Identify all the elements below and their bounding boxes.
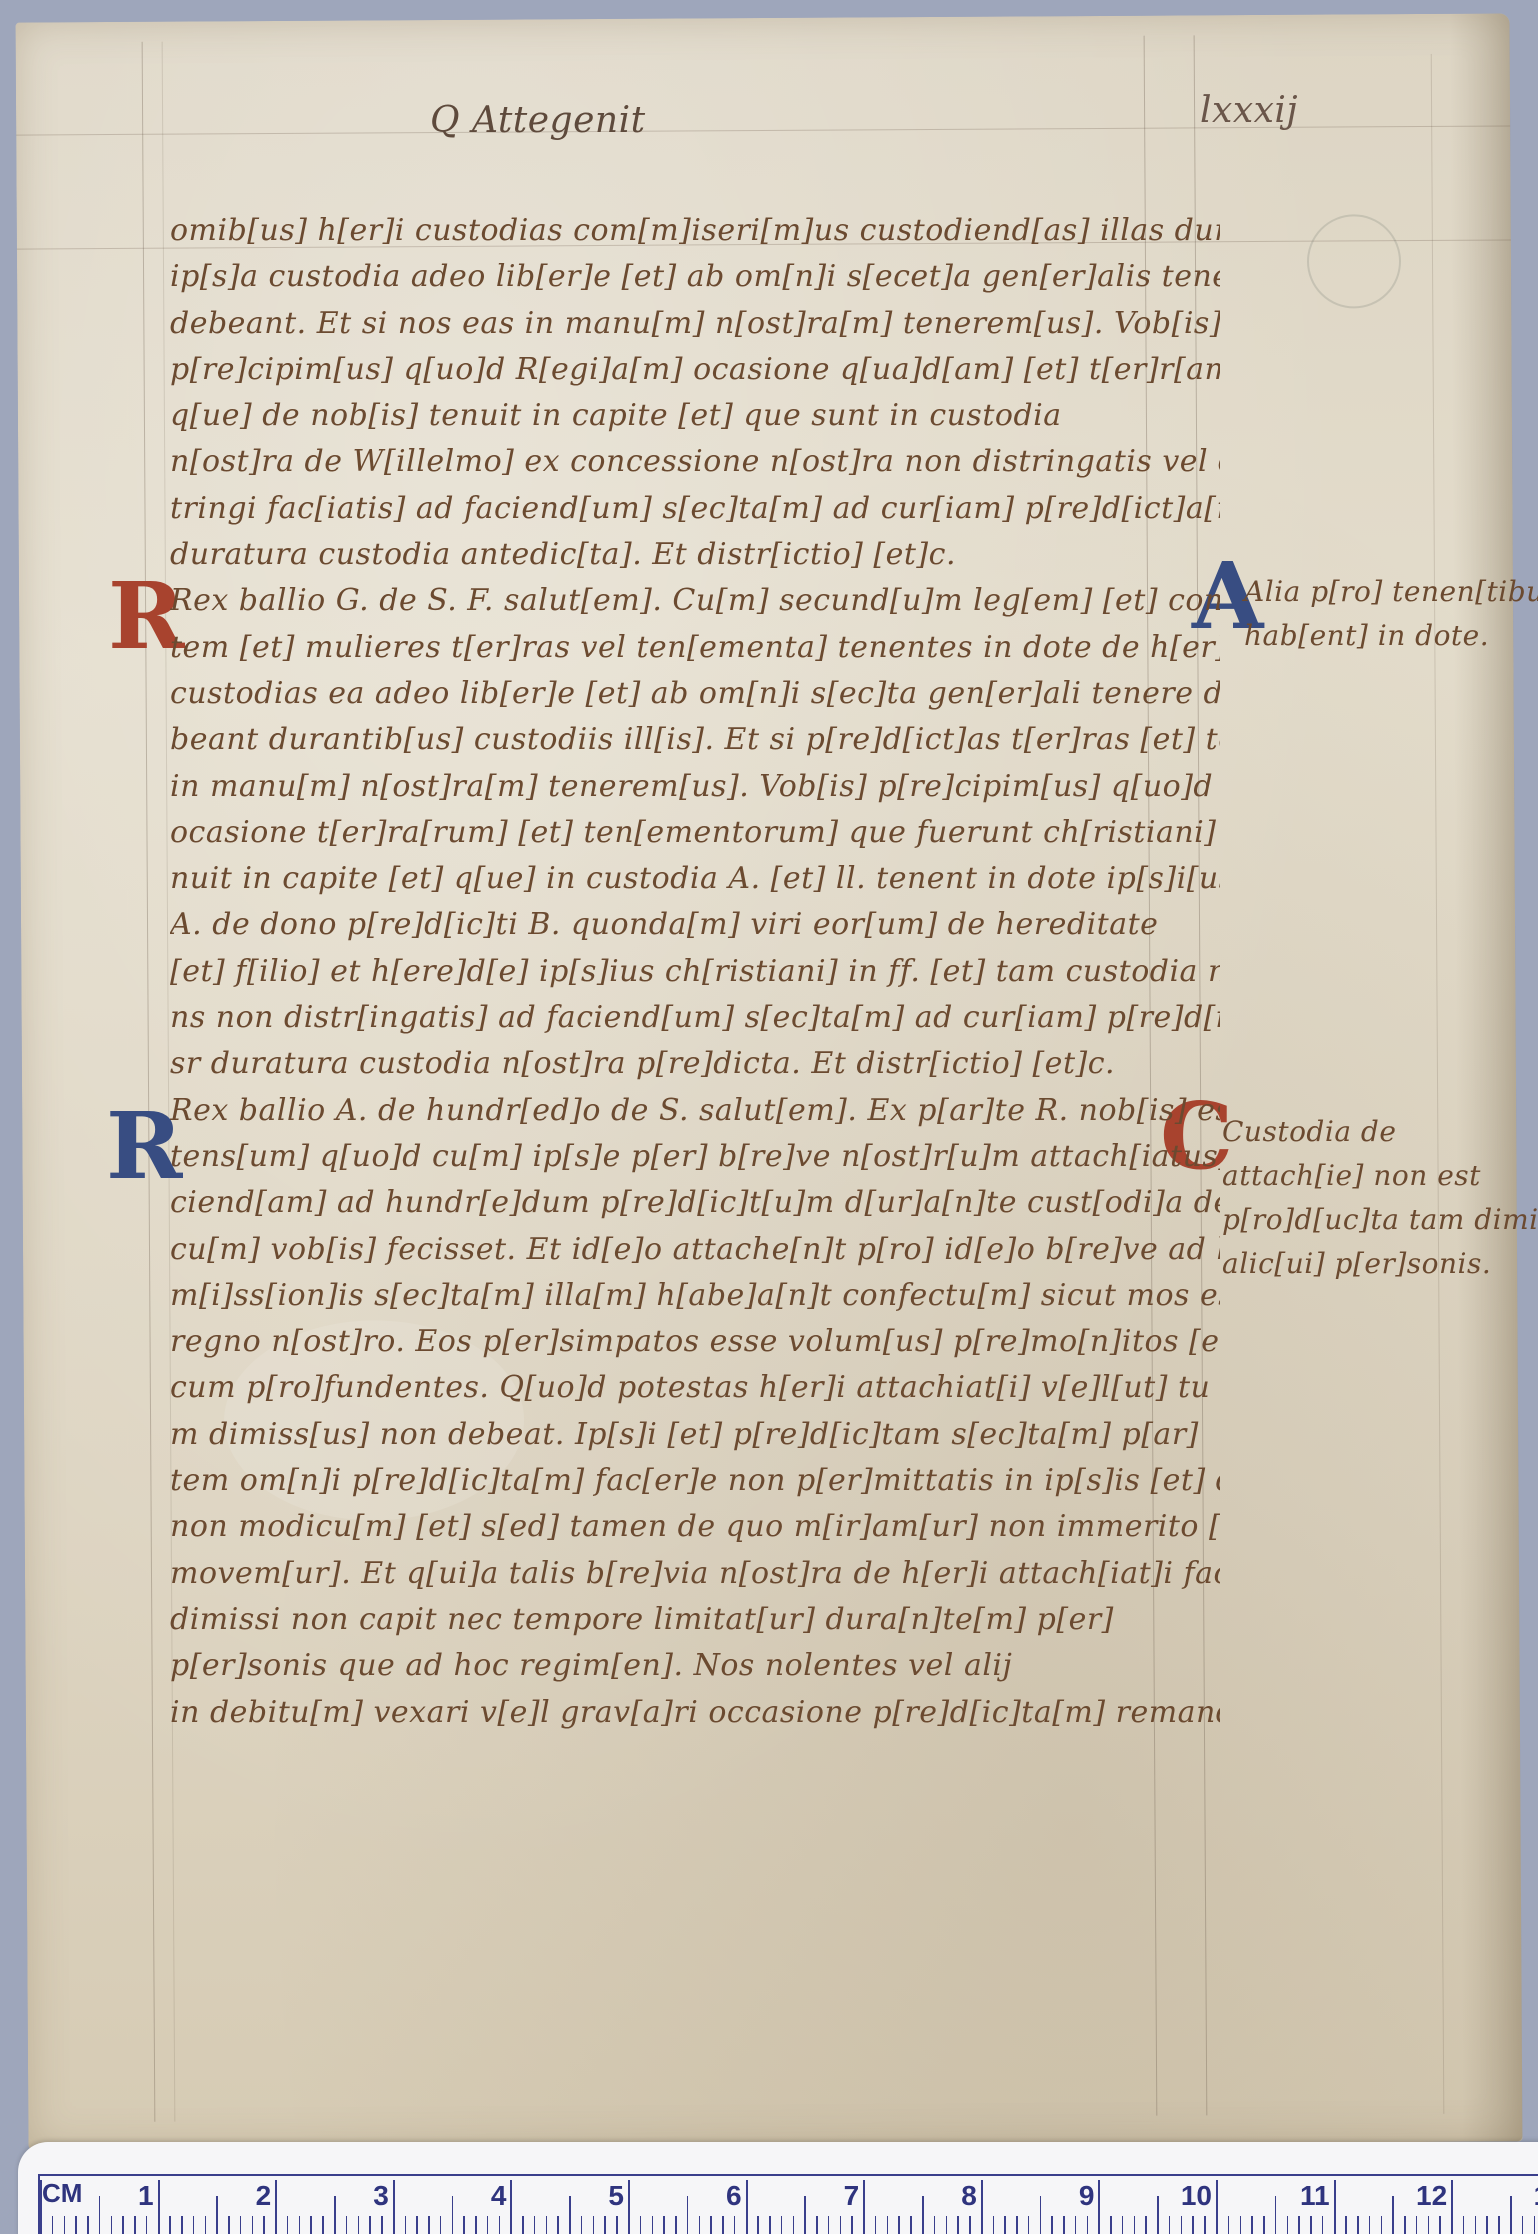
ruler-tick <box>1416 2216 1418 2234</box>
ruler-tick <box>487 2216 489 2234</box>
ruler-tick <box>181 2216 183 2234</box>
ruler-tick <box>358 2216 360 2234</box>
ruling-line-left-outer <box>142 42 156 2122</box>
ruler-tick <box>1040 2196 1042 2234</box>
ruler-tick <box>616 2216 618 2234</box>
ruler-tick <box>863 2180 865 2234</box>
text-line: in manu[m] n[ost]ra[m] tenerem[us]. Vob[… <box>170 764 1220 810</box>
ruler-tick <box>1404 2216 1406 2234</box>
paragraph-1: omib[us] h[er]i custodias com[m]iseri[m]… <box>170 208 1220 578</box>
ruler-tick <box>1228 2216 1230 2234</box>
ruler-tick <box>875 2216 877 2234</box>
ruler-number: 1 <box>138 2180 154 2212</box>
text-line: tringi fac[iatis] ad faciend[um] s[ec]ta… <box>170 486 1220 532</box>
ruler-tick <box>1322 2216 1324 2234</box>
marginal-note-line: Alia p[ro] tenen[tibus] <box>1244 570 1538 614</box>
ruler-tick <box>946 2216 948 2234</box>
paragraph-2: Rex ballio G. de S. F. salut[em]. Cu[m] … <box>170 578 1220 1087</box>
ruler-tick <box>1392 2196 1394 2234</box>
folio-number: lxxxij <box>1200 90 1298 131</box>
ruler-tick <box>1169 2216 1171 2234</box>
ruler-tick <box>169 2216 171 2234</box>
ruler-tick <box>369 2216 371 2234</box>
marginal-note-1: Alia p[ro] tenen[tibus] hab[ent] in dote… <box>1244 570 1538 658</box>
ruling-line-margin <box>1431 54 1445 2114</box>
text-line: regno n[ost]ro. Eos p[er]simpatos esse v… <box>170 1319 1220 1365</box>
ruler-tick <box>1334 2180 1336 2234</box>
ruler-tick <box>1192 2216 1194 2234</box>
ruler-tick <box>99 2196 101 2234</box>
ruler-tick <box>851 2216 853 2234</box>
ruler-tick <box>1122 2216 1124 2234</box>
ruler-tick <box>781 2216 783 2234</box>
ruler-tick <box>75 2216 77 2234</box>
ruler-tick <box>699 2216 701 2234</box>
main-text-block: omib[us] h[er]i custodias com[m]iseri[m]… <box>170 208 1220 1736</box>
ruler-tick <box>604 2216 606 2234</box>
ruler-tick <box>910 2216 912 2234</box>
ruler-tick <box>428 2216 430 2234</box>
ruler-tick <box>840 2216 842 2234</box>
ruler-tick <box>322 2216 324 2234</box>
ruler-number: 11 <box>1300 2180 1330 2212</box>
ruler-tick <box>1510 2196 1512 2234</box>
ruler-tick <box>1463 2216 1465 2234</box>
ruler-tick <box>1063 2216 1065 2234</box>
ruler-tick <box>1475 2216 1477 2234</box>
ruler-tick <box>299 2216 301 2234</box>
text-line: A. de dono p[re]d[ic]ti B. quonda[m] vir… <box>170 902 1220 948</box>
ruler-tick <box>663 2216 665 2234</box>
text-line: ciend[am] ad hundr[e]dum p[re]d[ic]t[u]m… <box>170 1180 1220 1226</box>
ruler-tick <box>969 2216 971 2234</box>
ruler-tick <box>193 2216 195 2234</box>
ruler-tick <box>675 2216 677 2234</box>
ruler-tick <box>628 2180 630 2234</box>
ruler-tick <box>252 2216 254 2234</box>
ruler-tick <box>993 2216 995 2234</box>
ruler-tick <box>804 2196 806 2234</box>
ruler-tick <box>111 2216 113 2234</box>
ruler-tick <box>1134 2216 1136 2234</box>
ruler-tick <box>310 2216 312 2234</box>
ruler-tick <box>146 2216 148 2234</box>
ruler-tick <box>1098 2180 1100 2234</box>
ruler-tick <box>1028 2216 1030 2234</box>
marginal-note-line: alic[ui] p[er]sonis. <box>1222 1242 1538 1286</box>
ruler-tick <box>1451 2180 1453 2234</box>
ruler-tick <box>1004 2216 1006 2234</box>
ruler-tick <box>828 2216 830 2234</box>
ruler-number: 4 <box>491 2180 507 2212</box>
ruler-tick <box>1075 2216 1077 2234</box>
ruler-tick <box>546 2216 548 2234</box>
text-line: m[i]ss[ion]is s[ec]ta[m] illa[m] h[abe]a… <box>170 1273 1220 1319</box>
text-line: non modicu[m] [et] s[ed] tamen de quo m[… <box>170 1504 1220 1550</box>
ruler-tick <box>205 2216 207 2234</box>
running-title: Q Attegenit <box>430 100 646 141</box>
text-line: custodias ea adeo lib[er]e [et] ab om[n]… <box>170 671 1220 717</box>
text-line: duratura custodia antedic[ta]. Et distr[… <box>170 532 1220 578</box>
text-line: tem om[n]i p[re]d[ic]ta[m] fac[er]e non … <box>170 1458 1220 1504</box>
text-line: dimissi non capit nec tempore limitat[ur… <box>170 1597 1220 1643</box>
text-line: ip[s]a custodia adeo lib[er]e [et] ab om… <box>170 254 1220 300</box>
ruler-tick <box>134 2216 136 2234</box>
ruler-tick <box>522 2216 524 2234</box>
ruler-tick <box>1428 2216 1430 2234</box>
ruler-tick <box>64 2216 66 2234</box>
ruler-tick <box>1357 2216 1359 2234</box>
ruler-tick <box>475 2216 477 2234</box>
ruler-tick <box>734 2216 736 2234</box>
ruler-tick <box>534 2216 536 2234</box>
cm-ruler: CM 12345678910111213 <box>18 2142 1538 2234</box>
ruler-tick <box>1157 2196 1159 2234</box>
ruler-tick <box>581 2216 583 2234</box>
ruler-number: 9 <box>1079 2180 1095 2212</box>
ruler-tick <box>228 2216 230 2234</box>
ruler-tick <box>1016 2216 1018 2234</box>
marginal-note-2: Custodia de attach[ie] non est p[ro]d[uc… <box>1222 1110 1538 1286</box>
ruler-tick <box>793 2216 795 2234</box>
ruler-number: 3 <box>373 2180 389 2212</box>
ruler-tick <box>1498 2216 1500 2234</box>
text-line: nuit in capite [et] q[ue] in custodia A.… <box>170 856 1220 902</box>
text-line: omib[us] h[er]i custodias com[m]iseri[m]… <box>170 208 1220 254</box>
text-line: cum p[ro]fundentes. Q[uo]d potestas h[er… <box>170 1365 1220 1411</box>
text-line: debeant. Et si nos eas in manu[m] n[ost]… <box>170 301 1220 347</box>
text-line: ns non distr[ingatis] ad faciend[um] s[e… <box>170 995 1220 1041</box>
ruler-tick <box>1310 2216 1312 2234</box>
text-line: beant durantib[us] custodiis ill[is]. Et… <box>170 717 1220 763</box>
ruler-tick <box>87 2216 89 2234</box>
ruler-tick <box>640 2216 642 2234</box>
ruler-tick <box>240 2216 242 2234</box>
text-line: n[ost]ra de W[illelmo] ex concessione n[… <box>170 439 1220 485</box>
ruler-tick <box>158 2180 160 2234</box>
ruler-tick <box>816 2216 818 2234</box>
ruler-tick <box>416 2216 418 2234</box>
paragraph-3: Rex ballio A. de hundr[ed]o de S. salut[… <box>170 1088 1220 1736</box>
ruler-tick <box>769 2216 771 2234</box>
ruler-tick <box>1381 2216 1383 2234</box>
text-line: [et] f[ilio] et h[ere]d[e] ip[s]ius ch[r… <box>170 949 1220 995</box>
ruler-tick <box>346 2216 348 2234</box>
ruler-tick <box>263 2216 265 2234</box>
ruler-tick <box>1051 2216 1053 2234</box>
ruler-tick <box>1251 2216 1253 2234</box>
stain <box>1307 214 1402 309</box>
ruler-tick <box>887 2216 889 2234</box>
ruler-tick <box>1110 2216 1112 2234</box>
ruler-number: 6 <box>726 2180 742 2212</box>
ruler-number: 2 <box>256 2180 272 2212</box>
ruler-tick <box>334 2196 336 2234</box>
text-line: tens[um] q[uo]d cu[m] ip[s]e p[er] b[re]… <box>170 1134 1220 1180</box>
ruler-tick <box>957 2216 959 2234</box>
ruler-tick <box>452 2196 454 2234</box>
ruler-tick <box>710 2216 712 2234</box>
ruler-tick <box>463 2216 465 2234</box>
ruler-tick <box>569 2196 571 2234</box>
ruler-tick <box>1240 2216 1242 2234</box>
ruler-tick <box>287 2216 289 2234</box>
text-line: m dimiss[us] non debeat. Ip[s]i [et] p[r… <box>170 1412 1220 1458</box>
text-line: p[re]cipim[us] q[uo]d R[egi]a[m] ocasion… <box>170 347 1220 393</box>
ruler-tick <box>1087 2216 1089 2234</box>
marginal-note-line: p[ro]d[uc]ta tam dimiss[a] <box>1222 1198 1538 1242</box>
ruler-tick <box>381 2216 383 2234</box>
ruler-tick <box>722 2216 724 2234</box>
ruler-tick <box>510 2180 512 2234</box>
text-line: q[ue] de nob[is] tenuit in capite [et] q… <box>170 393 1220 439</box>
ruler-number: 8 <box>961 2180 977 2212</box>
ruler-tick <box>981 2180 983 2234</box>
ruler-tick <box>1439 2216 1441 2234</box>
text-line: Rex ballio G. de S. F. salut[em]. Cu[m] … <box>170 578 1220 624</box>
ruler-unit-label: CM <box>42 2178 82 2209</box>
ruler-tick <box>1145 2216 1147 2234</box>
ruler-tick <box>757 2216 759 2234</box>
marginal-note-line: attach[ie] non est <box>1222 1154 1538 1198</box>
ruler-tick <box>1204 2216 1206 2234</box>
ruler-tick <box>934 2216 936 2234</box>
ruler-tick <box>1534 2216 1536 2234</box>
ruler-tick <box>405 2216 407 2234</box>
ruler-tick <box>1181 2216 1183 2234</box>
text-line: p[er]sonis que ad hoc regim[en]. Nos nol… <box>170 1643 1220 1689</box>
ruler-tick <box>1369 2216 1371 2234</box>
ruler-tick <box>275 2180 277 2234</box>
text-line: Rex ballio A. de hundr[ed]o de S. salut[… <box>170 1088 1220 1134</box>
ruler-tick <box>1345 2216 1347 2234</box>
ruler-number: 5 <box>608 2180 624 2212</box>
ruler-tick <box>557 2216 559 2234</box>
ruler-tick <box>122 2216 124 2234</box>
ruler-tick <box>1298 2216 1300 2234</box>
text-line: ocasione t[er]ra[rum] [et] ten[ementorum… <box>170 810 1220 856</box>
ruler-tick <box>1263 2216 1265 2234</box>
ruler-tick <box>1216 2180 1218 2234</box>
ruler-tick <box>1486 2216 1488 2234</box>
ruler-number: 12 <box>1416 2180 1447 2212</box>
text-line: movem[ur]. Et q[ui]a talis b[re]via n[os… <box>170 1551 1220 1597</box>
ruler-tick <box>922 2196 924 2234</box>
ruler-tick <box>1287 2216 1289 2234</box>
ruler-tick <box>440 2216 442 2234</box>
text-line: tem [et] mulieres t[er]ras vel ten[ement… <box>170 625 1220 671</box>
text-line: sr duratura custodia n[ost]ra p[re]dicta… <box>170 1041 1220 1087</box>
ruler-tick <box>687 2196 689 2234</box>
ruler-tick <box>652 2216 654 2234</box>
text-line: in debitu[m] vexari v[e]l grav[a]ri occa… <box>170 1690 1220 1736</box>
ruler-number: 7 <box>844 2180 860 2212</box>
ruler-tick <box>393 2180 395 2234</box>
text-line: cu[m] vob[is] fecisset. Et id[e]o attach… <box>170 1227 1220 1273</box>
ruler-tick <box>52 2216 54 2234</box>
ruler-tick <box>898 2216 900 2234</box>
ruler-tick <box>40 2180 42 2234</box>
ruler-tick <box>593 2216 595 2234</box>
ruler-number: 13 <box>1534 2180 1538 2212</box>
marginal-note-line: hab[ent] in dote. <box>1244 614 1538 658</box>
marginal-note-line: Custodia de <box>1222 1110 1538 1154</box>
ruler-tick <box>1275 2196 1277 2234</box>
ruler-tick <box>1522 2216 1524 2234</box>
ruler-tick <box>499 2216 501 2234</box>
ruler-tick <box>216 2196 218 2234</box>
ruler-number: 10 <box>1181 2180 1212 2212</box>
ruler-tick <box>746 2180 748 2234</box>
